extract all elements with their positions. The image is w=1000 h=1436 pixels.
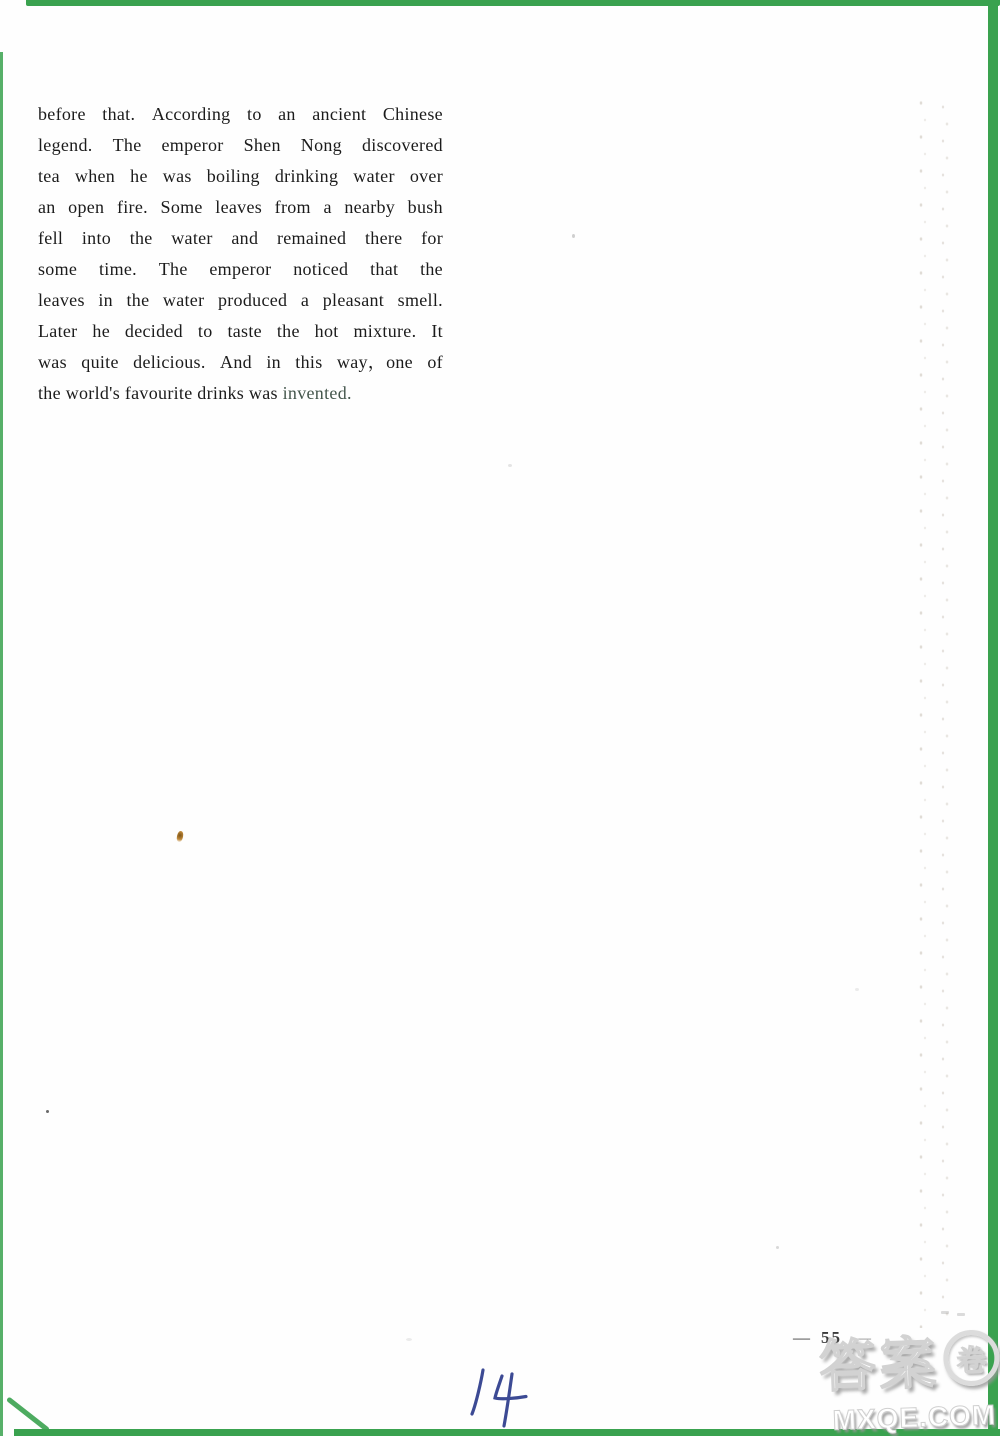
scan-speck — [776, 1246, 779, 1249]
paragraph-line: sometime.Theemperornoticedthatthe — [38, 254, 443, 285]
scan-speck — [572, 234, 575, 238]
paragraph-line: beforethat.AccordingtoanancientChinese — [38, 99, 443, 130]
watermark-circled-char: 卷 — [942, 1329, 1000, 1387]
watermark-site-url: MXQE.COM — [821, 1399, 1000, 1436]
scan-speck — [855, 988, 859, 991]
paragraph-line: teawhenhewasboilingdrinkingwaterover — [38, 161, 443, 192]
scan-speck — [508, 464, 512, 467]
scan-speck — [46, 1110, 49, 1113]
scan-speck — [941, 1311, 949, 1314]
scan-edge-left — [0, 52, 3, 1436]
watermark-brand: 答案 卷 — [818, 1317, 1000, 1403]
site-watermark: 答案 卷 MXQE.COM — [818, 1317, 1000, 1436]
paragraph-line: wasquitedelicious.Andinthisway，oneof — [38, 347, 443, 378]
page-bleedthrough-marks — [912, 96, 954, 1328]
scan-edge-corner-streak — [6, 1397, 50, 1433]
scan-speck-orange — [176, 830, 184, 842]
scan-speck — [406, 1338, 412, 1341]
paragraph-line: leavesinthewaterproducedapleasantsmell. — [38, 285, 443, 316]
handwritten-number — [455, 1360, 545, 1436]
handwritten-stroke-one — [472, 1370, 483, 1414]
scanned-book-page: beforethat.AccordingtoanancientChinese l… — [0, 0, 1000, 1436]
printed-paragraph: beforethat.AccordingtoanancientChinese l… — [38, 99, 443, 409]
page-number-dash-left: — — [793, 1328, 809, 1348]
last-line-text: the world's favourite drinks was — [38, 383, 283, 403]
paragraph-line: fellintothewaterandremainedtherefor — [38, 223, 443, 254]
paragraph-line: legend.TheemperorShenNongdiscovered — [38, 130, 443, 161]
scan-edge-right — [988, 0, 998, 1436]
paragraph-last-line: the world's favourite drinks was invente… — [38, 378, 443, 409]
watermark-brand-chars: 答案 — [818, 1319, 941, 1403]
paragraph-line: anopenfire.Someleavesfromanearbybush — [38, 192, 443, 223]
scan-edge-top — [26, 0, 1000, 6]
paragraph-line: Laterhedecidedtotastethehotmixture.It — [38, 316, 443, 347]
last-line-highlight-word: invented. — [283, 383, 352, 403]
